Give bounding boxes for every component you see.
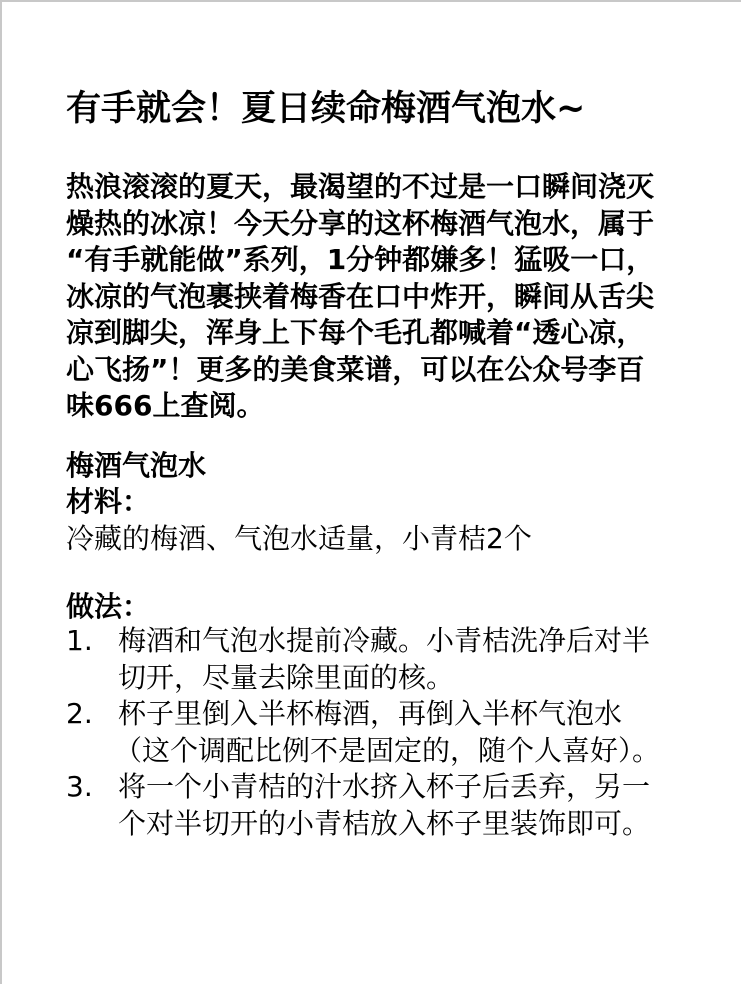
ingredients-label: 材料： xyxy=(66,484,150,520)
step-text-line: 杯子里倒入半杯梅酒，再倒入半杯气泡水 xyxy=(118,696,726,733)
document-page: 有手就会！夏日续命梅酒气泡水~ 热浪滚滚的夏天，最渴望的不过是一口瞬间浇灭 燥热… xyxy=(0,0,741,984)
step-text-line: 将一个小青桔的汁水挤入杯子后丢弃，另一 xyxy=(118,769,726,806)
ingredients-text: 冷藏的梅酒、气泡水适量，小青桔2个 xyxy=(66,520,532,558)
steps-list: 1. 梅酒和气泡水提前冷藏。小青桔洗净后对半 切开，尽量去除里面的核。 2. 杯… xyxy=(66,623,726,842)
recipe-name-heading: 梅酒气泡水 xyxy=(66,448,206,484)
step-number: 1. xyxy=(66,623,93,660)
intro-line: 心飞扬”！更多的美食菜谱，可以在公众号李百 xyxy=(66,352,686,389)
step-item: 2. 杯子里倒入半杯梅酒，再倒入半杯气泡水 （这个调配比例不是固定的，随个人喜好… xyxy=(66,696,726,769)
step-number: 2. xyxy=(66,696,93,733)
step-text-line: 切开，尽量去除里面的核。 xyxy=(118,660,726,697)
step-number: 3. xyxy=(66,769,93,806)
step-item: 3. 将一个小青桔的汁水挤入杯子后丢弃，另一 个对半切开的小青桔放入杯子里装饰即… xyxy=(66,769,726,842)
step-text-line: 梅酒和气泡水提前冷藏。小青桔洗净后对半 xyxy=(118,623,726,660)
intro-paragraph: 热浪滚滚的夏天，最渴望的不过是一口瞬间浇灭 燥热的冰凉！今天分享的这杯梅酒气泡水… xyxy=(66,169,686,425)
intro-line: 凉到脚尖，浑身上下每个毛孔都喊着“透心凉， xyxy=(66,315,686,352)
step-text-line: 个对半切开的小青桔放入杯子里装饰即可。 xyxy=(118,806,726,843)
method-label: 做法： xyxy=(66,589,150,625)
page-title: 有手就会！夏日续命梅酒气泡水~ xyxy=(66,86,585,132)
intro-line: 味666上查阅。 xyxy=(66,388,686,425)
intro-line: 燥热的冰凉！今天分享的这杯梅酒气泡水，属于 xyxy=(66,206,686,243)
intro-line: “有手就能做”系列，1分钟都嫌多！猛吸一口， xyxy=(66,242,686,279)
intro-line: 热浪滚滚的夏天，最渴望的不过是一口瞬间浇灭 xyxy=(66,169,686,206)
step-item: 1. 梅酒和气泡水提前冷藏。小青桔洗净后对半 切开，尽量去除里面的核。 xyxy=(66,623,726,696)
intro-line: 冰凉的气泡裹挟着梅香在口中炸开，瞬间从舌尖 xyxy=(66,279,686,316)
step-text-line: （这个调配比例不是固定的，随个人喜好）。 xyxy=(114,733,726,770)
